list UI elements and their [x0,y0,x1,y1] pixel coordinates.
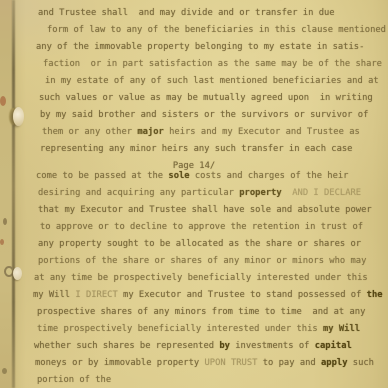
text-segment: any property sought to be allocated as t… [38,239,361,249]
text-segment: in my estate of any of such last mention… [45,76,379,86]
document-page-scan: estate my Executorand Trustee shall and … [0,0,388,388]
text-segment: AND I DECLARE [292,188,361,198]
text-segment: to approve or to decline to approve the … [40,222,363,232]
text-segment: such values or value as may be mutually … [39,93,373,103]
text-segment: capital [315,341,352,351]
text-segment: any of the immovable property belonging … [36,42,364,52]
text-line: moneys or by immovable property UPON TRU… [0,355,388,372]
text-line: to approve or to decline to approve the … [0,219,388,236]
text-segment: investments of [230,341,315,351]
text-line: at any time be prospectively beneficiall… [0,270,388,287]
text-line: come to be passed at the sole costs and … [0,168,388,185]
text-segment: I DIRECT [75,290,117,300]
text-segment: them or any other [42,127,137,137]
text-segment: at any time be prospectively beneficiall… [34,273,368,283]
text-line: any of the immovable property belonging … [0,39,388,56]
text-segment: to pay and [257,358,321,368]
text-segment: faction or in part satisfaction as the s… [43,59,382,69]
text-line: my Will I DIRECT my Executor and Trustee… [0,287,388,304]
text-segment: estate my Executor [237,0,332,1]
text-segment: portion of the [37,375,111,385]
text-segment: whether such shares be represented [34,341,219,351]
text-segment: by my said brother and sisters or the su… [40,110,368,120]
text-line: representing any minor heirs any such tr… [0,141,388,158]
text-segment: the [367,290,383,300]
text-line: in my estate of any of such last mention… [0,73,388,90]
text-segment: form of law to any of the beneficiaries … [47,25,386,35]
text-segment: and Trustee shall and may divide and or … [38,8,335,18]
text-line: portion of the [0,372,388,388]
text-segment: representing any minor heirs any such tr… [40,144,352,154]
text-segment: such [348,358,374,368]
text-segment [282,188,293,198]
text-segment: property [239,188,281,198]
text-segment: heirs and my Executor and Trustee as [164,127,360,137]
text-segment: come to be passed at the [36,171,168,181]
text-segment: portions of the share or shares of any m… [38,256,366,266]
text-line: that my Executor and Trustee shall have … [0,202,388,219]
text-segment: moneys or by immovable property [35,358,204,368]
text-segment: my Will [33,290,75,300]
text-line: by my said brother and sisters or the su… [0,107,388,124]
text-line: portions of the share or shares of any m… [0,253,388,270]
text-segment: apply [321,358,347,368]
text-line: any property sought to be allocated as t… [0,236,388,253]
text-line: such values or value as may be mutually … [0,90,388,107]
text-segment: sole [168,171,189,181]
typewritten-text: estate my Executorand Trustee shall and … [0,0,388,388]
text-line: desiring and acquiring any particular pr… [0,185,388,202]
text-line: whether such shares be represented by in… [0,338,388,355]
text-segment: UPON TRUST [204,358,257,368]
text-line: them or any other major heirs and my Exe… [0,124,388,141]
text-line: faction or in part satisfaction as the s… [0,56,388,73]
text-segment: that my Executor and Trustee shall have … [38,205,372,215]
text-line: prospective shares of any minors from ti… [0,304,388,321]
text-segment: prospective shares of any minors from ti… [37,307,365,317]
text-line: and Trustee shall and may divide and or … [0,5,388,22]
text-segment: costs and charges of the heir [190,171,349,181]
text-segment: major [137,127,163,137]
text-segment: time prospectively beneficially interest… [37,324,323,334]
text-line: time prospectively beneficially interest… [0,321,388,338]
text-segment: my Executor and Trustee to stand possess… [118,290,367,300]
text-segment: my Will [323,324,360,334]
text-segment: desiring and acquiring any particular [38,188,239,198]
text-segment: by [219,341,230,351]
text-line: form of law to any of the beneficiaries … [0,22,388,39]
